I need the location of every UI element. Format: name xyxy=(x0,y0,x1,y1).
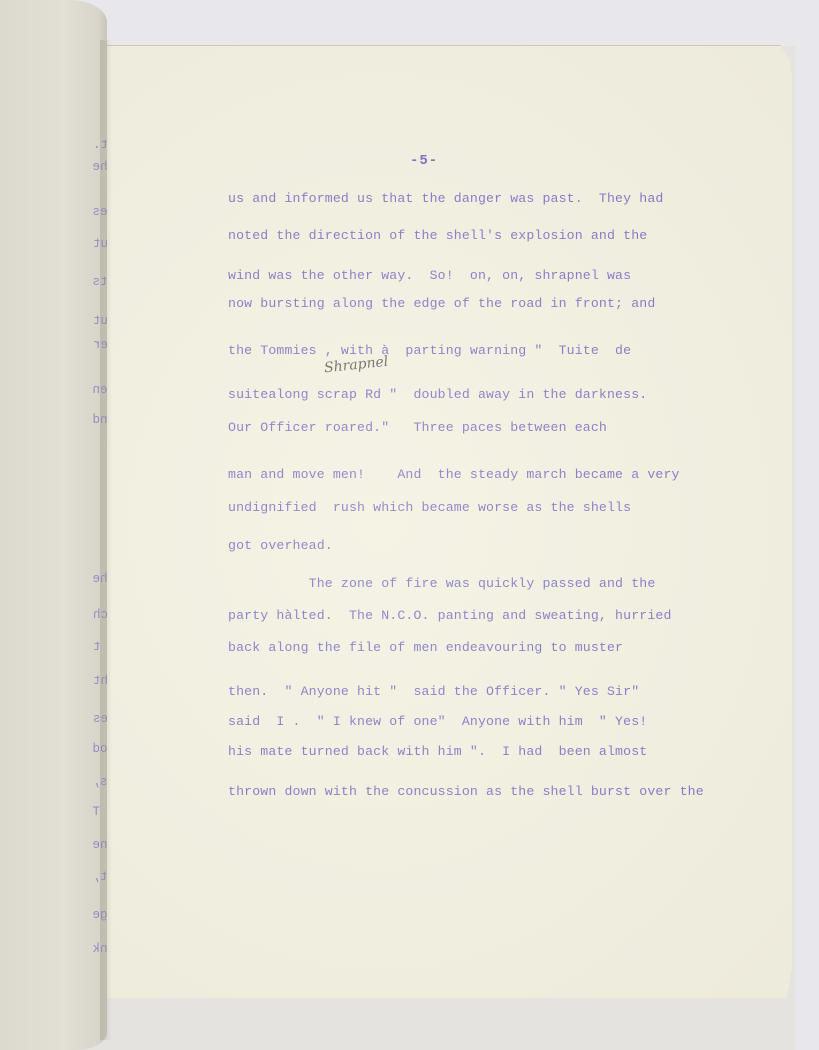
text-line: now bursting along the edge of the road … xyxy=(228,296,655,311)
text-line: then. " Anyone hit " said the Officer. "… xyxy=(228,684,639,699)
facing-page: the front. The through Ypres ever withou… xyxy=(0,0,107,1050)
text-line: back along the file of men endeavouring … xyxy=(228,640,623,655)
document-page: -5- Shrapnel us and informed us that the… xyxy=(104,45,792,998)
spine-shadow xyxy=(100,40,112,1040)
text-line: the Tommies , with à parting warning " T… xyxy=(228,343,631,358)
text-line: wind was the other way. So! on, on, shra… xyxy=(228,268,631,283)
text-line: us and informed us that the danger was p… xyxy=(228,191,663,206)
text-line: noted the direction of the shell's explo… xyxy=(228,228,647,243)
text-line: undignified rush which became worse as t… xyxy=(228,500,631,515)
text-line: said I . " I knew of one" Anyone with hi… xyxy=(228,714,647,729)
text-line: man and move men! And the steady march b… xyxy=(228,467,680,482)
page-number: -5- xyxy=(410,153,438,169)
text-line: got overhead. xyxy=(228,538,333,553)
text-line: party hàlted. The N.C.O. panting and swe… xyxy=(228,608,672,623)
text-line: suitealong scrap Rd " doubled away in th… xyxy=(228,387,647,402)
text-line: The zone of fire was quickly passed and … xyxy=(228,576,655,591)
text-line: thrown down with the concussion as the s… xyxy=(228,784,704,799)
text-line: Our Officer roared." Three paces between… xyxy=(228,420,607,435)
text-line: his mate turned back with him ". I had b… xyxy=(228,744,647,759)
